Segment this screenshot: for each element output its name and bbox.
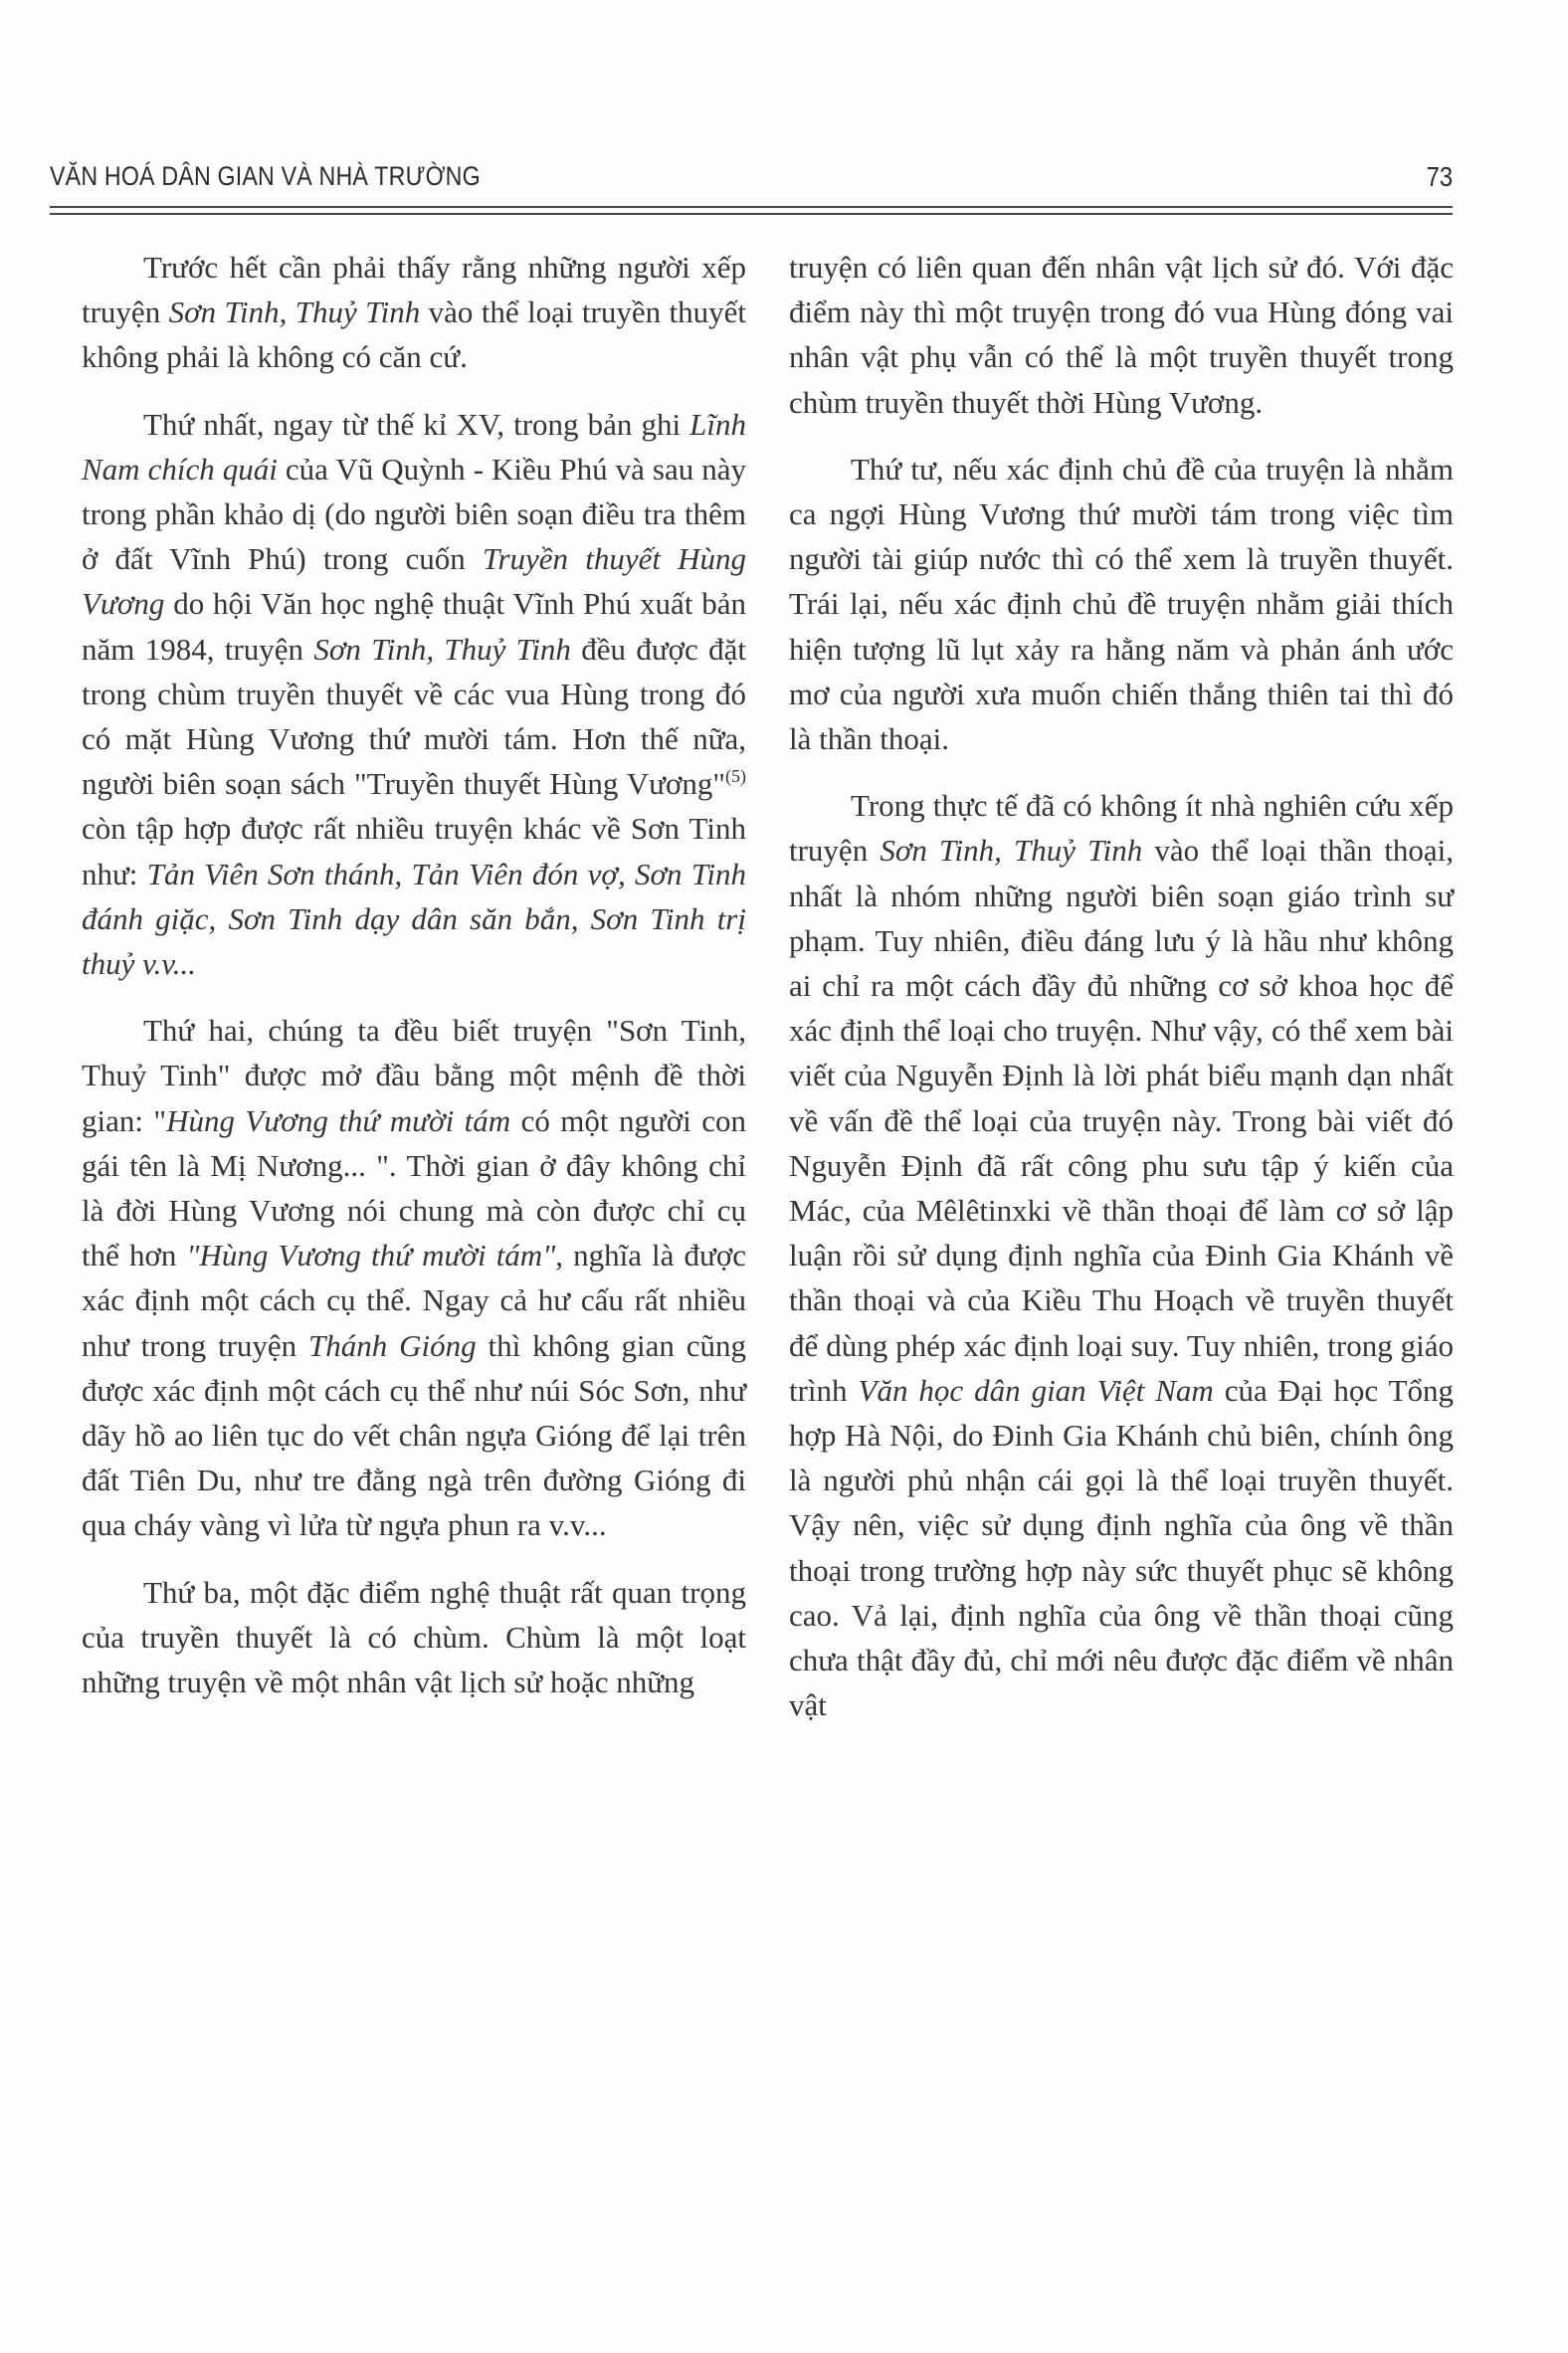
header-double-rule (50, 206, 1453, 215)
text-run: truyện có liên quan đến nhân vật lịch sử… (789, 250, 1454, 420)
italic-title: Sơn Tinh, Thuỷ Tinh (880, 833, 1142, 868)
text-run: Thứ ba, một đặc điểm nghệ thuật rất quan… (82, 1575, 746, 1699)
text-run: của Đại học Tổng hợp Hà Nội, do Đinh Gia… (789, 1373, 1454, 1722)
text-run: Thứ nhất, ngay từ thế kỉ XV, trong bản g… (143, 407, 689, 442)
italic-title: Tản Viên Sơn thánh, Tản Viên đón vợ, Sơn… (82, 857, 746, 981)
italic-title: Sơn Tinh, Thuỷ Tinh (313, 632, 571, 667)
italic-title: Sơn Tinh, Thuỷ Tinh (169, 294, 421, 329)
left-column: Trước hết cần phải thấy rằng những người… (82, 245, 746, 1704)
text-run: Thứ tư, nếu xác định chủ đề của truyện l… (789, 452, 1454, 756)
page-header: VĂN HOÁ DÂN GIAN VÀ NHÀ TRƯỜNG 73 (50, 161, 1453, 201)
paragraph: Thứ nhất, ngay từ thế kỉ XV, trong bản g… (82, 402, 746, 987)
italic-title: Thánh Gióng (308, 1328, 477, 1363)
paragraph: Trong thực tế đã có không ít nhà nghiên … (789, 783, 1454, 1727)
right-column: truyện có liên quan đến nhân vật lịch sử… (789, 245, 1454, 1728)
paragraph: Trước hết cần phải thấy rằng những người… (82, 245, 746, 380)
footnote-ref: (5) (725, 766, 746, 786)
paragraph: Thứ hai, chúng ta đều biết truyện "Sơn T… (82, 1008, 746, 1547)
paragraph-continuation: truyện có liên quan đến nhân vật lịch sử… (789, 245, 1454, 425)
page-number: 73 (1427, 161, 1453, 193)
paragraph: Thứ ba, một đặc điểm nghệ thuật rất quan… (82, 1570, 746, 1705)
text-run: vào thể loại thần thoại, nhất là nhóm nh… (789, 833, 1454, 1407)
italic-title: Hùng Vương thứ mười tám (166, 1103, 510, 1138)
paragraph: Thứ tư, nếu xác định chủ đề của truyện l… (789, 447, 1454, 761)
italic-title: "Hùng Vương thứ mười tám" (186, 1238, 555, 1273)
running-title: VĂN HOÁ DÂN GIAN VÀ NHÀ TRƯỜNG (50, 161, 481, 192)
italic-title: Văn học dân gian Việt Nam (859, 1373, 1214, 1408)
